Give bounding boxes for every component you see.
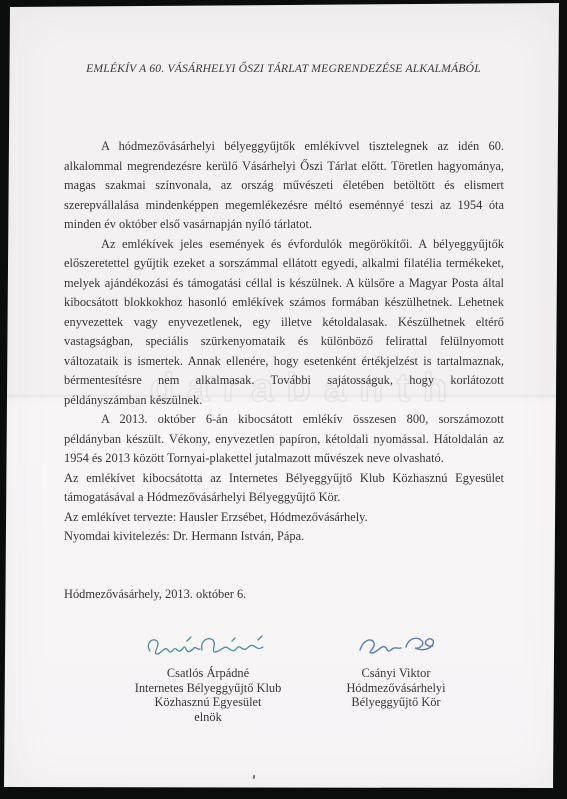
handwritten-signature-right: [352, 633, 448, 661]
scan-speck: [253, 775, 256, 779]
signature-line: Internetes Bélyeggyűjtő Klub: [100, 681, 316, 696]
signature-line: Hódmezővásárhelyi: [316, 681, 476, 696]
paragraph-4: Az emlékívet kibocsátotta az Internetes …: [64, 469, 504, 508]
document-page: darabanth EMLÉKÍV A 60. VÁSÁRHELYI ŐSZI …: [0, 0, 567, 799]
paragraph-5: Az emlékívet tervezte: Hausler Erzsébet,…: [64, 508, 504, 528]
signature-line: Csányi Viktor: [316, 666, 476, 681]
signature-block-right: Csányi Viktor Hódmezővásárhelyi Bélyeggy…: [316, 666, 476, 710]
body-text: A hódmezővásárhelyi bélyeggyűjtők emlékí…: [64, 137, 504, 547]
paragraph-6: Nyomdai kivitelezés: Dr. Hermann István,…: [64, 527, 504, 547]
signature-block-left: Csatlós Árpádné Internetes Bélyeggyűjtő …: [100, 666, 316, 724]
handwritten-signature-left: [140, 633, 276, 663]
date-line: Hódmezővásárhely, 2013. október 6.: [64, 587, 246, 602]
signature-left-stroke: [148, 636, 263, 654]
signature-line: Bélyeggyűjtő Kör: [316, 695, 476, 710]
signature-line: Közhasznú Egyesület: [100, 695, 316, 710]
document-title: EMLÉKÍV A 60. VÁSÁRHELYI ŐSZI TÁRLAT MEG…: [14, 62, 553, 75]
signature-line: elnök: [100, 710, 316, 725]
signature-line: Csatlós Árpádné: [100, 666, 316, 681]
paragraph-1: A hódmezővásárhelyi bélyeggyűjtők emlékí…: [64, 137, 504, 235]
paragraph-3: A 2013. október 6-án kibocsátott emlékív…: [64, 410, 504, 469]
paragraph-2: Az emlékívek jeles események és évfordul…: [64, 235, 504, 411]
scan-background: darabanth EMLÉKÍV A 60. VÁSÁRHELYI ŐSZI …: [0, 0, 567, 799]
signature-right-stroke: [360, 638, 433, 653]
